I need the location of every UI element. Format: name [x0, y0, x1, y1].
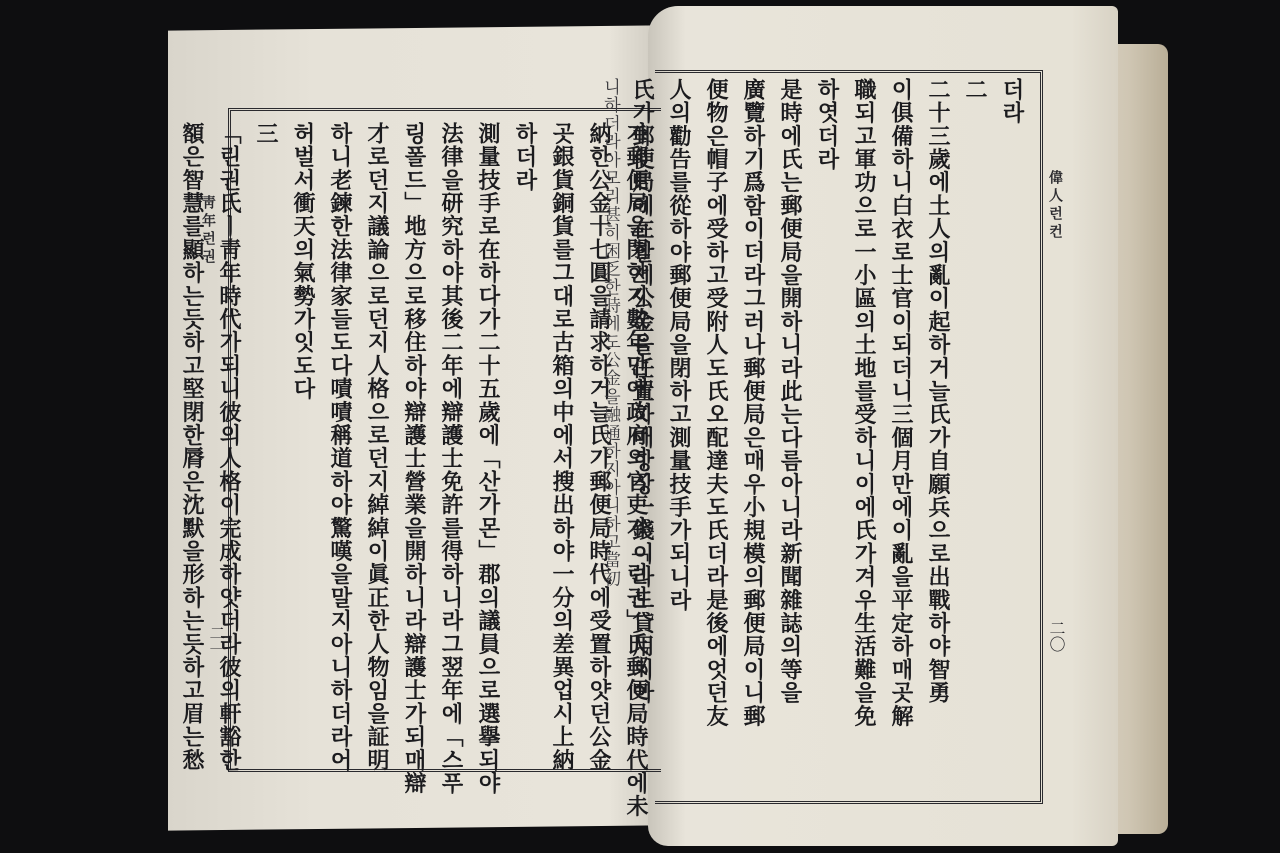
text-column: 職되고軍功으로一小區의土地를受하니이에氏가겨우生活難을免 [845, 78, 882, 798]
text-column: 하더라 [506, 122, 543, 762]
left-page-text-columns: 가郵便局을閉한지數年만에政府의官吏가「린권」氏郵便局時代에未 納한公金十七圓을請… [236, 122, 654, 762]
right-running-header: 偉人런컨 [1045, 170, 1065, 242]
text-column: 이俱備하니白衣로士官이되더니三個月만에이亂을平定하매곳解 [882, 78, 919, 798]
section-heading: 三 [247, 122, 284, 762]
right-page-number: 二〇 [1045, 620, 1068, 652]
text-column: 하니老鍊한法律家들도다嘖嘖稱道하야驚嘆을말지아니하더라어 [321, 122, 358, 762]
faded-text-column: 니하더라아모리甚히困乏한時에도公金을融通하지아니하고當初 [597, 78, 623, 798]
right-page-text-columns: 더라 二 二十三歲에土人의亂이起하거늘氏가自願兵으로出戰하야智勇 이俱備하니白衣… [660, 78, 1030, 798]
text-column: 더라 [993, 78, 1030, 798]
text-column: 곳銀貨銅貨를그대로古箱의中에서搜出하야一分의差異업시上納 [543, 122, 580, 762]
text-column: 是時에氏는郵便局을開하니라此는다름아니라新聞雜誌의等을 [771, 78, 808, 798]
text-column: 二十三歲에土人의亂이起하거늘氏가自願兵으로出戰하야智勇 [919, 78, 956, 798]
text-column: 氏가郵便局에在할세公金을任置하매항상一錢이라도貸用치아 [623, 78, 660, 798]
text-column: 허벌서衝天의氣勢가잇도다 [284, 122, 321, 762]
text-column: 才로던지議論으로던지人格으로던지綽綽이眞正한人物임을証明 [358, 122, 395, 762]
text-column: 額은智慧를顯하는듯하고堅閉한脣은沈默을形하는듯하고眉는愁 [173, 122, 210, 762]
text-column: 「린권氏ㅣ靑年時代가되니彼의人格이完成하얏더라彼의軒豁한 [210, 122, 247, 762]
text-column: 링폴드」地方으로移住하야辯護士營業을開하니라辯護士가되매辯 [395, 122, 432, 762]
section-heading: 二 [956, 78, 993, 798]
text-column: 便物은帽子에受하고受附人도氏오配達夫도氏더라是後에엇던友 [697, 78, 734, 798]
text-column: 人의勸告를從하야郵便局을閉하고測量技手가되니라 [660, 78, 697, 798]
text-column: 測量技手로在하다가二十五歲에「산가몬」郡의議員으로選擧되야 [469, 122, 506, 762]
text-column: 하엿더라 [808, 78, 845, 798]
text-column: 法律을研究하야其後二年에辯護士免許를得하니라그翌年에「스푸 [432, 122, 469, 762]
text-column: 廣覽하기爲함이더라그러나郵便局은매우小規模의郵便局이니郵 [734, 78, 771, 798]
